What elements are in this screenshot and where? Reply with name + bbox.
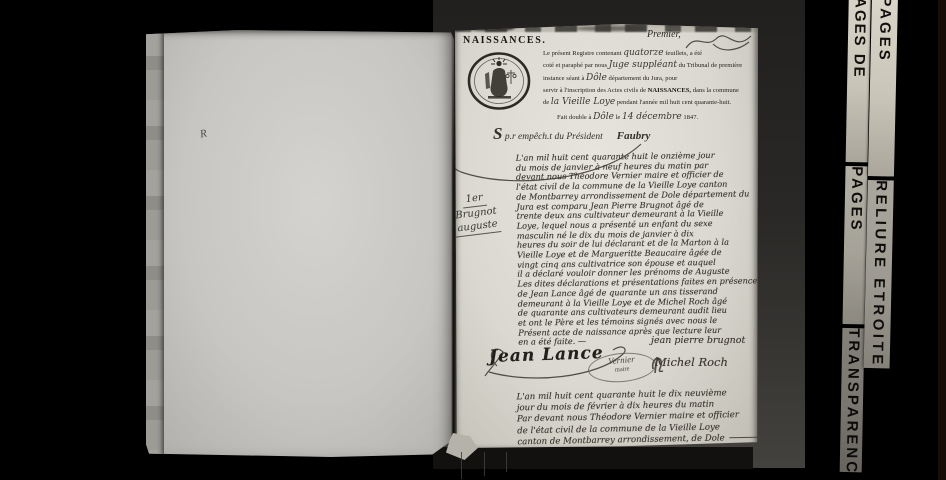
intro-line: instance séant à Dôle département du Jur… <box>543 71 757 83</box>
condition-label: RELIURE ETROITE <box>864 180 894 369</box>
handwritten-fill: la Vieille Loye <box>551 97 615 107</box>
printed-text: Fait double à <box>557 114 593 121</box>
intro-line: coté et paraphé par nous Juge suppléant … <box>543 58 757 70</box>
printed-text: feuillets, a été <box>664 50 702 57</box>
condition-label: PAGES TACHEES <box>843 166 868 324</box>
handwritten-fill: quatorze <box>623 48 663 58</box>
register-intro: Le présent Registre contenant quatorze f… <box>543 46 757 123</box>
signature-witness-roch: Michel Roch <box>655 355 728 369</box>
binding-gutter <box>452 30 455 448</box>
corner-note: Premier, <box>647 29 681 40</box>
handwritten-fill: Dôle <box>593 112 614 122</box>
printed-text: NAISSANCES, <box>648 87 691 94</box>
act-entry-1: L'an mil huit cent quarante huit le onzi… <box>516 150 761 347</box>
scanned-register-view: R NAISSANCES. Premier, <box>0 0 946 480</box>
binding-thread <box>506 452 507 472</box>
printed-text: servir à l'inscription des Actes civils … <box>543 87 648 94</box>
book-edge <box>938 0 946 480</box>
left-page: R <box>146 30 454 457</box>
handwritten-fill: Juge suppléant <box>609 60 677 70</box>
condition-label: TRANSPARENCE <box>840 328 865 472</box>
intro-line: Le présent Registre contenant quatorze f… <box>543 46 757 58</box>
printed-text: Le présent Registre contenant <box>543 50 623 57</box>
printed-text: 1847. <box>682 114 698 121</box>
book-cover-shadow <box>433 447 753 469</box>
printed-text: coté et paraphé par nous <box>543 62 609 69</box>
signature-father: jean pierre brugnot <box>651 335 745 346</box>
condition-label: PAGES DE COULEUR <box>846 0 871 162</box>
handwritten-fill: Dôle <box>586 73 607 83</box>
handwritten-fill: 14 décembre <box>622 112 682 122</box>
right-page: NAISSANCES. Premier, Le présent Registre… <box>455 24 758 448</box>
printed-text: instance séant à <box>543 75 586 82</box>
act-entry-2: L'an mil huit cent quarante huit le dix … <box>516 388 761 449</box>
page-spine <box>146 30 164 457</box>
condition-label: PAGES MOUILLEES <box>868 0 898 177</box>
printed-text: du Tribunal de première <box>677 62 742 69</box>
binding-thread <box>461 452 462 479</box>
printed-text: dans la commune <box>691 87 739 94</box>
births-header: NAISSANCES. <box>463 35 546 46</box>
intro-line: servir à l'inscription des Actes civils … <box>543 83 757 95</box>
printed-text: département du Jura, pour <box>607 75 678 82</box>
binding-thread <box>484 452 485 476</box>
printed-text: de <box>543 99 551 106</box>
printed-text: pendant l'année mil huit cent quarante-h… <box>615 99 731 106</box>
ink-blot <box>575 26 645 31</box>
signature-witness-lance: Jean Lance <box>489 343 604 367</box>
printed-text: le <box>614 114 622 121</box>
intro-line: Fait double à Dôle le 14 décembre 1847. <box>557 110 757 122</box>
intro-line: de la Vieille Loye pendant l'année mil h… <box>543 95 757 107</box>
stray-ink-mark: R <box>199 127 208 140</box>
official-seal-icon <box>467 52 532 110</box>
margin-act-number: 1er <box>462 191 487 209</box>
